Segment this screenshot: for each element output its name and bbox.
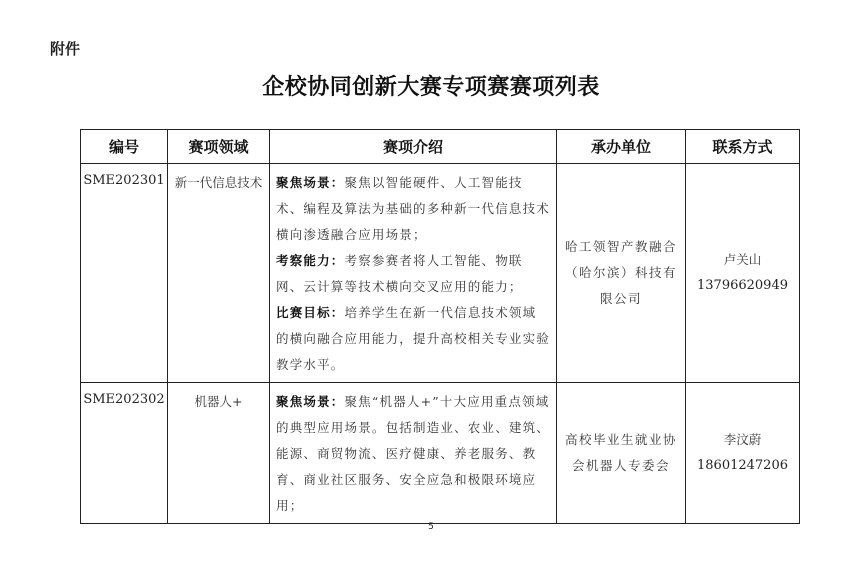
page-number: 5 [0, 522, 862, 532]
cell-organizer: 哈工领智产教融合（哈尔滨）科技有限公司 [557, 164, 686, 383]
contact-phone: 13796620949 [686, 273, 799, 299]
header-contact: 联系方式 [686, 130, 800, 164]
intro-label: 聚焦场景： [276, 394, 345, 409]
attachment-label: 附件 [50, 38, 80, 59]
cell-organizer: 高校毕业生就业协会机器人专委会 [557, 383, 686, 524]
header-organizer: 承办单位 [557, 130, 686, 164]
header-domain: 赛项领域 [168, 130, 270, 164]
cell-intro: 聚焦场景：聚焦“机器人+”十大应用重点领域的典型应用场景。包括制造业、农业、建筑… [270, 383, 557, 524]
intro-paragraph: 考察能力：考察参赛者将人工智能、物联网、云计算等技术横向交叉应用的能力； [276, 248, 550, 300]
intro-paragraph: 聚焦场景：聚焦“机器人+”十大应用重点领域的典型应用场景。包括制造业、农业、建筑… [276, 389, 550, 519]
intro-paragraph: 聚焦场景：聚焦以智能硬件、人工智能技术、编程及算法为基础的多种新一代信息技术横向… [276, 170, 550, 248]
intro-label: 考察能力： [276, 253, 345, 268]
intro-paragraph: 比赛目标：培养学生在新一代信息技术领域的横向融合应用能力，提升高校相关专业实验教… [276, 300, 550, 378]
cell-intro: 聚焦场景：聚焦以智能硬件、人工智能技术、编程及算法为基础的多种新一代信息技术横向… [270, 164, 557, 383]
intro-text: 聚焦“机器人+”十大应用重点领域的典型应用场景。包括制造业、农业、建筑、能源、商… [276, 394, 550, 513]
competition-table: 编号 赛项领域 赛项介绍 承办单位 联系方式 SME202301 新一代信息技术… [80, 129, 800, 524]
cell-contact: 卢关山 13796620949 [686, 164, 800, 383]
intro-label: 比赛目标： [276, 305, 345, 320]
contact-name: 李汶蔚 [686, 427, 799, 453]
cell-contact: 李汶蔚 18601247206 [686, 383, 800, 524]
header-intro: 赛项介绍 [270, 130, 557, 164]
contact-name: 卢关山 [686, 247, 799, 273]
header-code: 编号 [81, 130, 168, 164]
intro-label: 聚焦场景： [276, 175, 345, 190]
cell-domain: 新一代信息技术 [168, 164, 270, 383]
table-row: SME202301 新一代信息技术 聚焦场景：聚焦以智能硬件、人工智能技术、编程… [81, 164, 800, 383]
cell-code: SME202302 [81, 383, 168, 524]
table-header-row: 编号 赛项领域 赛项介绍 承办单位 联系方式 [81, 130, 800, 164]
contact-phone: 18601247206 [686, 453, 799, 479]
table-row: SME202302 机器人+ 聚焦场景：聚焦“机器人+”十大应用重点领域的典型应… [81, 383, 800, 524]
cell-domain: 机器人+ [168, 383, 270, 524]
page-title: 企校协同创新大赛专项赛赛项列表 [0, 70, 862, 101]
cell-code: SME202301 [81, 164, 168, 383]
